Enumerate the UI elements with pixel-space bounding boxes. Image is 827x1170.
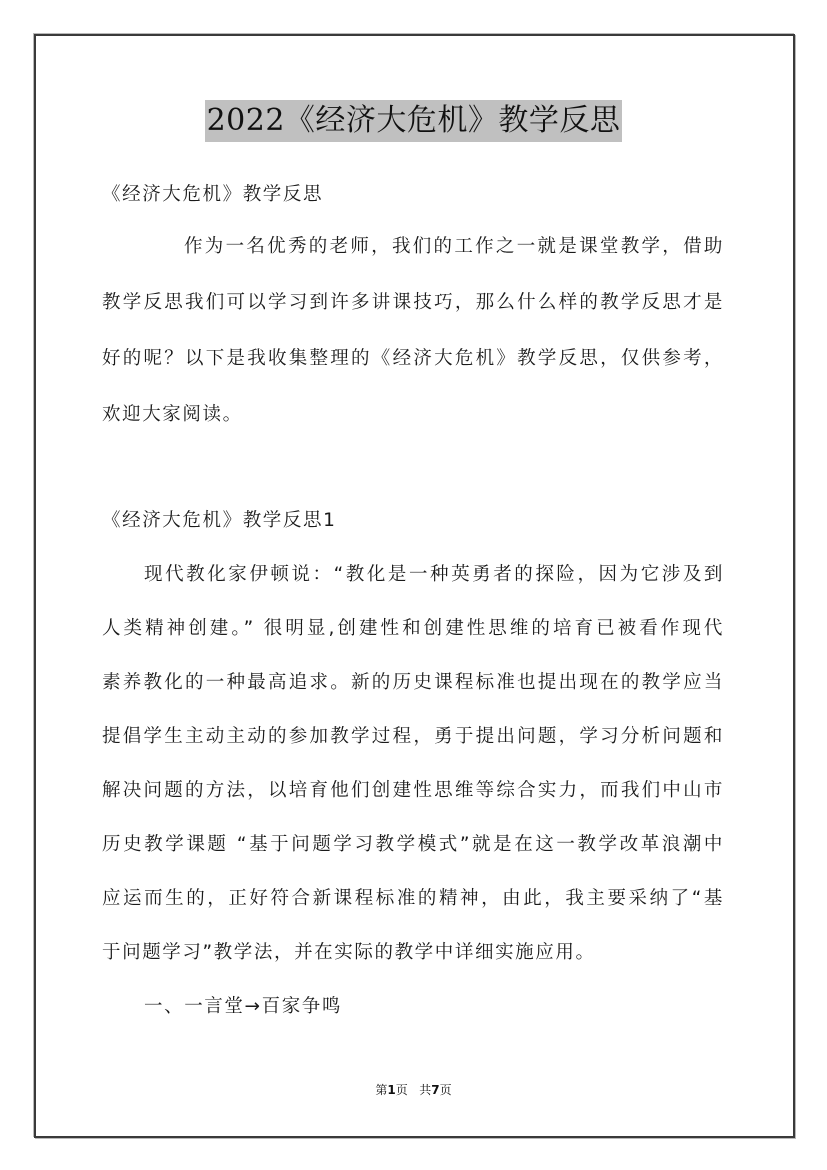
intro-line-3: 好的呢？以下是我收集整理的《经济大危机》教学反思，仅供参考，	[102, 334, 724, 384]
body-line-4: 提倡学生主动主动的参加教学过程，勇于提出问题，学习分析问题和	[102, 712, 724, 762]
body-line-3: 素养教化的一种最高追求。新的历史课程标准也提出现在的教学应当	[102, 658, 724, 708]
page-footer: 第1页 共7页	[0, 1081, 827, 1098]
total-suffix: 页	[440, 1083, 452, 1097]
page-suffix: 页	[396, 1083, 408, 1097]
page-prefix: 第	[375, 1083, 387, 1097]
body-line-2: 人类精神创建。” 很明显,创建性和创建性思维的培育已被看作现代	[102, 604, 724, 654]
document-subtitle: 《经济大危机》教学反思	[102, 170, 732, 220]
total-prefix: 共	[419, 1083, 431, 1097]
total-pages-number: 7	[431, 1083, 439, 1097]
intro-line-2: 教学反思我们可以学习到许多讲课技巧，那么什么样的教学反思才是	[102, 278, 724, 328]
title-container: 2022《经济大危机》教学反思	[0, 100, 827, 142]
intro-line-1: 作为一名优秀的老师，我们的工作之一就是课堂教学，借助	[184, 222, 724, 272]
subheading: 一、一言堂→百家争鸣	[144, 982, 774, 1032]
intro-line-4: 欢迎大家阅读。	[102, 390, 732, 440]
body-line-6: 历史教学课题 “基于问题学习教学模式”就是在这一教学改革浪潮中	[102, 820, 724, 870]
body-line-5: 解决问题的方法，以培育他们创建性思维等综合实力，而我们中山市	[102, 766, 724, 816]
body-line-8: 于问题学习”教学法，并在实际的教学中详细实施应用。	[102, 928, 732, 978]
section-heading: 《经济大危机》教学反思1	[102, 496, 732, 546]
current-page-number: 1	[387, 1083, 395, 1097]
document-title: 2022《经济大危机》教学反思	[205, 100, 623, 142]
body-line-1: 现代教化家伊顿说：“教化是一种英勇者的探险，因为它涉及到	[144, 550, 724, 600]
body-line-7: 应运而生的，正好符合新课程标准的精神，由此，我主要采纳了“基	[102, 874, 724, 924]
